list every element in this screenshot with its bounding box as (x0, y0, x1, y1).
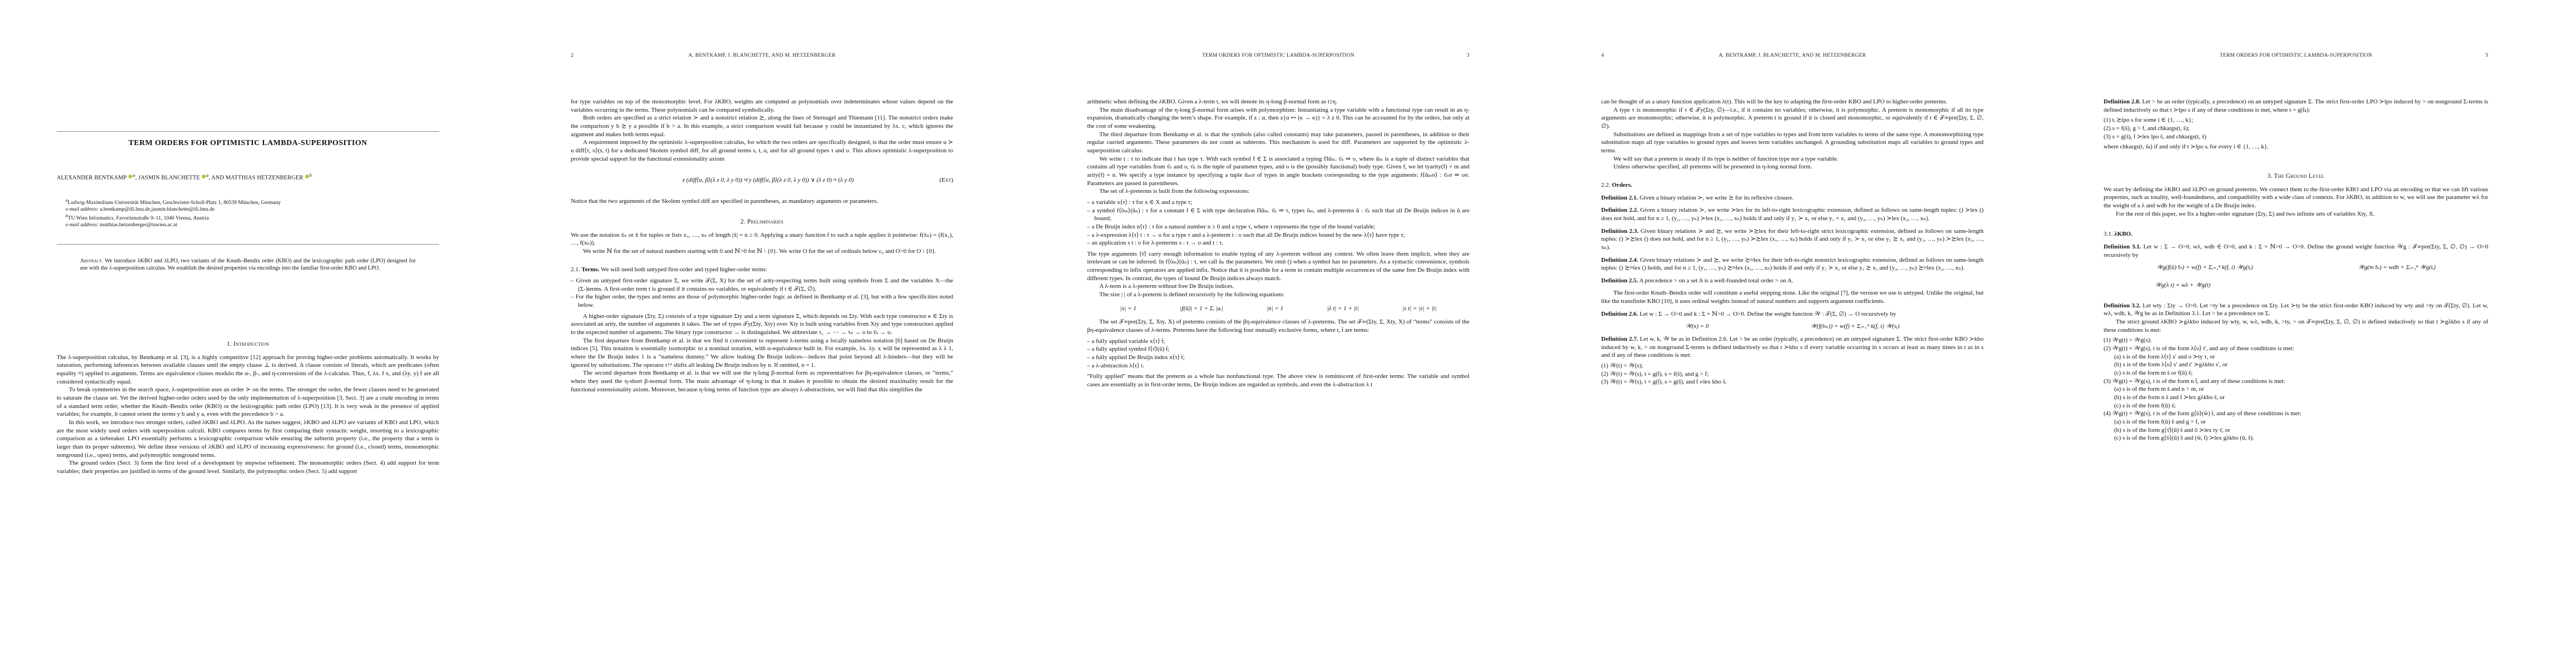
ground-weight-equation-lambda: 𝒲g(λ t) = wλ + 𝒲g(t) (2104, 273, 2488, 297)
subsection-number: 2.2. (1601, 182, 1611, 188)
subsection-title: λKBO. (2114, 231, 2132, 237)
orcid-icon[interactable] (202, 175, 206, 178)
paragraph: In this work, we introduce two stronger … (57, 419, 439, 459)
page-3: TERM ORDERS FOR OPTIMISTIC LAMBDA-SUPERP… (1030, 0, 1546, 667)
email-link[interactable]: a.bentkamp@ifi.lmu.de,jasmin.blanchette@… (99, 206, 215, 212)
email-label: e-mail address (66, 222, 97, 228)
preterm-list: – a variable x⟨τ⟩ : τ for x ∈ X and a ty… (1087, 198, 1469, 247)
definition-2-7: Definition 2.7. Let w, k, 𝒲 be as in Def… (1601, 335, 1984, 360)
paragraph: The first departure from Bentkamp et al.… (571, 337, 953, 370)
list-item: – a symbol f⟨ῡₘ⟩(ūₙ) : τ for a constant … (1087, 207, 1469, 223)
subsection-number: 3.1. (2104, 231, 2113, 237)
page-number: 2 (571, 52, 574, 58)
subsection-number: 2.1. (571, 266, 580, 273)
equation: |f(ū)| = 1 + Σᵢ |uᵢ| (1180, 305, 1223, 313)
title-rule-top (57, 131, 439, 132)
affiliation-b: bTU Wien Informatics, Favoritenstraße 9–… (66, 213, 439, 229)
page-5-body: Definition 2.8. Let > be an order (typic… (2104, 98, 2488, 445)
section-heading-preliminaries: 2. Preliminaries (571, 218, 953, 226)
list-item: – an application s t : υ for λ-preterms … (1087, 239, 1469, 247)
paragraph: A higher-order signature (Σty, Σ) consis… (571, 312, 953, 337)
condition-item: (3) 𝒲g(t) = 𝒲g(s), t is of the form n t̄… (2104, 377, 2488, 386)
condition-subitem: (b) s is of the form g⟨τ̄⟩(ū) s̄ and ῡ ≻… (2104, 426, 2488, 435)
paragraph: The third departure from Bentkamp et al.… (1087, 131, 1469, 155)
email-link[interactable]: matthias.hetzenberger@tuwien.ac.at (99, 222, 177, 228)
intro-body: 1. Introduction The λ-superposition calc… (57, 328, 439, 476)
running-head-text: TERM ORDERS FOR OPTIMISTIC LAMBDA-SUPERP… (1202, 52, 1354, 58)
paragraph: The set 𝒯∞pre(Σty, Σ, Xty, X) of preterm… (1087, 318, 1469, 334)
paragraph: The strict ground λKBO ≻gλkbo induced by… (2104, 318, 2488, 334)
affil-mark: a (133, 172, 135, 178)
paragraph: The set of λ-preterms is built from the … (1087, 187, 1469, 196)
condition-subitem: (a) s is of the form f(ū) s̄ and g > f, … (2104, 418, 2488, 426)
affil-mark: a (206, 172, 208, 178)
abstract-text: We introduce λKBO and λLPO, two variants… (80, 258, 416, 271)
paragraph: Both orders are specified as a strict re… (571, 114, 953, 138)
condition-subitem: (a) s is of the form λ⟨τ⟩ s′ and υ ≻ty τ… (2104, 353, 2488, 361)
running-head: 4 A. BENTKAMP, J. BLANCHETTE, AND M. HET… (1601, 52, 1984, 58)
abstract: Abstract. We introduce λKBO and λLPO, tw… (80, 258, 416, 272)
running-head-text: A. BENTKAMP, J. BLANCHETTE, AND M. HETZE… (689, 52, 836, 58)
definition-2-1: Definition 2.1. Given a binary relation … (1601, 194, 1984, 202)
paragraph: The first-order Knuth–Bendix order will … (1601, 289, 1984, 305)
definition-3-2: Definition 3.2. Let wty : Σty → O>0. Let… (2104, 302, 2488, 318)
paragraph: arithmetic when defining the λKBO. Given… (1087, 98, 1469, 106)
paragraph: A requirement imposed by the optimistic … (571, 138, 953, 163)
paragraph: The λ-superposition calculus, by Bentkam… (57, 354, 439, 386)
paragraph: For the rest of this paper, we fix a hig… (2104, 210, 2488, 218)
paragraph: The main disadvantage of the η-long β-no… (1087, 106, 1469, 131)
page-2-body: for type variables on top of the monomor… (571, 98, 953, 394)
equation-tag: (Ext) (939, 176, 953, 185)
running-head: 2 A. BENTKAMP, J. BLANCHETTE, AND M. HET… (571, 52, 953, 58)
definition-2-8: Definition 2.8. Let > be an order (typic… (2104, 98, 2488, 114)
paragraph: We start by defining the λKBO and λLPO o… (2104, 186, 2488, 210)
term-list: – Given an untyped first-order signature… (571, 277, 953, 310)
equation: 𝒲g(λ t) = wλ + 𝒲g(t) (2155, 282, 2210, 288)
equation: |x| = 1 (1120, 305, 1136, 313)
list-item: – a variable x⟨τ⟩ : τ for x ∈ X and a ty… (1087, 198, 1469, 207)
equation: 𝒲(x) = 0 (1685, 322, 1708, 331)
condition-subitem: (a) s is of the form m s̄ and n > m, or (2104, 385, 2488, 394)
orcid-icon[interactable] (128, 175, 132, 178)
page-5: TERM ORDERS FOR OPTIMISTIC LAMBDA-SUPERP… (2061, 0, 2576, 667)
page-4-body: can be thought of as a unary function ap… (1601, 98, 1984, 389)
author-3: AND MATTHIAS HETZENBERGER (211, 175, 303, 181)
list-item: – For the higher order, the types and te… (571, 293, 953, 309)
condition-item: (2) s = f(s̄), g > f, and chkargs(t, s̄)… (2104, 125, 2488, 133)
paragraph: for type variables on top of the monomor… (571, 98, 953, 114)
paragraph: can be thought of as a unary function ap… (1601, 98, 1984, 106)
running-head-text: TERM ORDERS FOR OPTIMISTIC LAMBDA-SUPERP… (2220, 52, 2372, 58)
paper-title: TERM ORDERS FOR OPTIMISTIC LAMBDA-SUPERP… (57, 139, 439, 148)
condition-subitem: (c) s is of the form g⟨ῡ⟩(ū) s̄ and (w̄,… (2104, 434, 2488, 442)
paragraph: Substitutions are defined as mappings fr… (1601, 131, 1984, 155)
paragraph: We will say that a preterm is steady if … (1601, 155, 1984, 163)
affiliation-text: Ludwig-Maximilians-Universität München, … (68, 200, 281, 206)
condition-subitem: (b) s is of the form λ⟨υ⟩ s′ and t′ ≻gλk… (2104, 361, 2488, 369)
condition-item: (2) 𝒲(t) = 𝒲(s), t = g(t̄), s = f(s̄), a… (1601, 370, 1984, 379)
paragraph: Unless otherwise specified, all preterms… (1601, 163, 1984, 171)
condition-item: (1) tᵢ ⪰lpo s for some i ∈ {1, …, k}; (2104, 116, 2488, 125)
definition-2-5: Definition 2.5. A precedence > on a set … (1601, 277, 1984, 285)
equation-text: z (diff⟨α, β⟩(λ z 0, λ y 0)) ≉ y (diff⟨α… (682, 177, 854, 183)
condition-item: (1) 𝒲g(t) > 𝒲g(s); (2104, 336, 2488, 345)
page-4: 4 A. BENTKAMP, J. BLANCHETTE, AND M. HET… (1546, 0, 2061, 667)
definition-2-3: Definition 2.3. Given binary relations ≻… (1601, 227, 1984, 252)
list-item: – a λ-abstraction λ⟨τ⟩ t. (1087, 362, 1469, 370)
condition-item: (3) 𝒲(t) = 𝒲(s), t = g(t̄), s = g(s̄), a… (1601, 378, 1984, 386)
equation: 𝒲(f(s̄ₘ)) = w(f) + Σᵢ₌₁ᵐ k(f, i) 𝒲(sᵢ) (1810, 322, 1900, 331)
affiliation-text: TU Wien Informatics, Favoritenstraße 9–1… (68, 215, 209, 221)
condition-item: (2) 𝒲g(t) = 𝒲g(s), t is of the form λ⟨υ⟩… (2104, 345, 2488, 353)
subsection-lambda-kbo: 3.1. λKBO. (2104, 230, 2488, 238)
equation-ext: z (diff⟨α, β⟩(λ z 0, λ y 0)) ≉ y (diff⟨α… (571, 168, 953, 192)
definition-2-2: Definition 2.2. Given a binary relation … (1601, 206, 1984, 222)
weight-equations: 𝒲(x) = 0 𝒲(f(s̄ₘ)) = w(f) + Σᵢ₌₁ᵐ k(f, i… (1635, 322, 1950, 331)
equation: 𝒲g(m t̄ₙ) = wdb + Σᵢ₌₁ⁿ 𝒲g(tᵢ) (2358, 263, 2435, 272)
definition-2-4: Definition 2.4. Given binary relations ≻… (1601, 256, 1984, 272)
paragraph: We write ℕ for the set of natural number… (571, 247, 953, 256)
list-item: – a De Bruijn index n⟨τ⟩ : τ for a natur… (1087, 223, 1469, 231)
paragraph: The ground orders (Sect. 3) form the fir… (57, 459, 439, 475)
subsection-title: Terms. (581, 266, 599, 273)
section-heading-introduction: 1. Introduction (57, 340, 439, 349)
author-2: JASMIN BLANCHETTE (138, 175, 200, 181)
list-item: – Given an untyped first-order signature… (571, 277, 953, 293)
paragraph: Notice that the two arguments of the Sko… (571, 197, 953, 206)
kbo-conditions: (1) 𝒲(t) > 𝒲(s); (2) 𝒲(t) = 𝒲(s), t = g(… (1601, 362, 1984, 386)
page-number: 3 (1467, 52, 1469, 58)
affiliation-a: aLudwig-Maximilians-Universität München,… (66, 197, 439, 213)
affil-mark: b (310, 172, 312, 178)
paragraph: where chkargs(t, s̄ₖ) if and only if t ≻… (2104, 143, 2488, 151)
list-item: – a λ-expression λ⟨τ⟩ t : τ → υ for a ty… (1087, 231, 1469, 240)
subsection-orders: 2.2. Orders. (1601, 181, 1984, 190)
author-1: ALEXANDER BENTKAMP (57, 175, 127, 181)
subsection-lead: We will need both untyped first-order an… (601, 266, 767, 273)
abstract-label: Abstract. (80, 258, 103, 264)
paragraph: We use the notation x̄ₙ or x̄ for tuples… (571, 231, 953, 247)
condition-item: (4) 𝒲g(t) = 𝒲g(s), t is of the form g⟨ῡ⟩… (2104, 410, 2488, 418)
definition-3-1: Definition 3.1. Let w : Σ → O>0, wλ, wdb… (2104, 243, 2488, 259)
ground-weight-equations: 𝒲g(f(ū) t̄ₙ) = w(f) + Σᵢ₌₁ⁿ k(f, i) 𝒲g(t… (2104, 263, 2488, 272)
list-item: – a fully applied symbol f⟨τ̄⟩(ū) t̄; (1087, 345, 1469, 354)
section-heading-ground-level: 3. The Ground Level (2104, 172, 2488, 181)
paragraph: We write t : τ to indicate that t has ty… (1087, 155, 1469, 188)
condition-item: (3) s = g(s̄), t̄ ≻lex lpo s̄, and chkar… (2104, 133, 2488, 141)
page-2: 2 A. BENTKAMP, J. BLANCHETTE, AND M. HET… (515, 0, 1030, 667)
running-head-text: A. BENTKAMP, J. BLANCHETTE, AND M. HETZE… (1719, 52, 1866, 58)
lpo-conditions: (1) tᵢ ⪰lpo s for some i ∈ {1, …, k}; (2… (2104, 116, 2488, 141)
email-label: e-mail address (66, 206, 97, 212)
list-item: – a fully applied De Bruijn index n⟨τ⟩ t… (1087, 354, 1469, 362)
equation: 𝒲g(f(ū) t̄ₙ) = w(f) + Σᵢ₌₁ⁿ k(f, i) 𝒲g(t… (2156, 263, 2253, 272)
list-item: – a fully applied variable x⟨τ⟩ t̄; (1087, 337, 1469, 346)
page-number: 4 (1601, 52, 1604, 58)
condition-subitem: (c) s is of the form m s̄ or f(ū) s̄; (2104, 369, 2488, 377)
paragraph: The size | | of a λ-preterm is defined r… (1087, 291, 1469, 299)
equation: |λ t| = 1 + |t| (1327, 305, 1359, 313)
equation: |n| = 1 (1267, 305, 1283, 313)
page-number: 5 (2485, 52, 2488, 58)
condition-subitem: (b) s is of the form n s̄ and t̄ ≻lex gλ… (2104, 394, 2488, 402)
running-head: TERM ORDERS FOR OPTIMISTIC LAMBDA-SUPERP… (2104, 52, 2488, 58)
size-equations: |x| = 1 |f(ū)| = 1 + Σᵢ |uᵢ| |n| = 1 |λ … (1098, 305, 1458, 313)
equation: |s t| = |s| + |t| (1402, 305, 1436, 313)
paragraph: A type τ is monomorphic if τ ∈ 𝒯y(Σty, ∅… (1601, 106, 1984, 131)
orcid-icon[interactable] (305, 175, 309, 178)
form-list: – a fully applied variable x⟨τ⟩ t̄; – a … (1087, 337, 1469, 370)
definition-2-6: Definition 2.6. Let w : Σ → O>0 and k : … (1601, 310, 1984, 318)
condition-item: (1) 𝒲(t) > 𝒲(s); (1601, 362, 1984, 370)
glambda-kbo-conditions: (1) 𝒲g(t) > 𝒲g(s); (2) 𝒲g(t) = 𝒲g(s), t … (2104, 336, 2488, 442)
subsection-title: Orders. (1612, 182, 1632, 188)
paragraph: A λ-term is a λ-preterm without free De … (1087, 282, 1469, 291)
subsection-terms: 2.1. Terms. We will need both untyped fi… (571, 266, 953, 274)
page-1: TERM ORDERS FOR OPTIMISTIC LAMBDA-SUPERP… (0, 0, 515, 667)
running-head: TERM ORDERS FOR OPTIMISTIC LAMBDA-SUPERP… (1087, 52, 1469, 58)
paragraph: To break symmetries in the search space,… (57, 386, 439, 419)
condition-subitem: (c) s is of the form f(ū) s̄; (2104, 402, 2488, 410)
paragraph: The type arguments ⟨τ̄⟩ carry enough inf… (1087, 250, 1469, 283)
abstract-rule (57, 244, 439, 245)
author-line: ALEXANDER BENTKAMPa, JASMIN BLANCHETTEa,… (57, 172, 439, 181)
paragraph: “Fully applied” means that the preterm a… (1087, 372, 1469, 389)
paragraph: The second departure from Bentkamp et al… (571, 369, 953, 394)
page-3-body: arithmetic when defining the λKBO. Given… (1087, 98, 1469, 389)
